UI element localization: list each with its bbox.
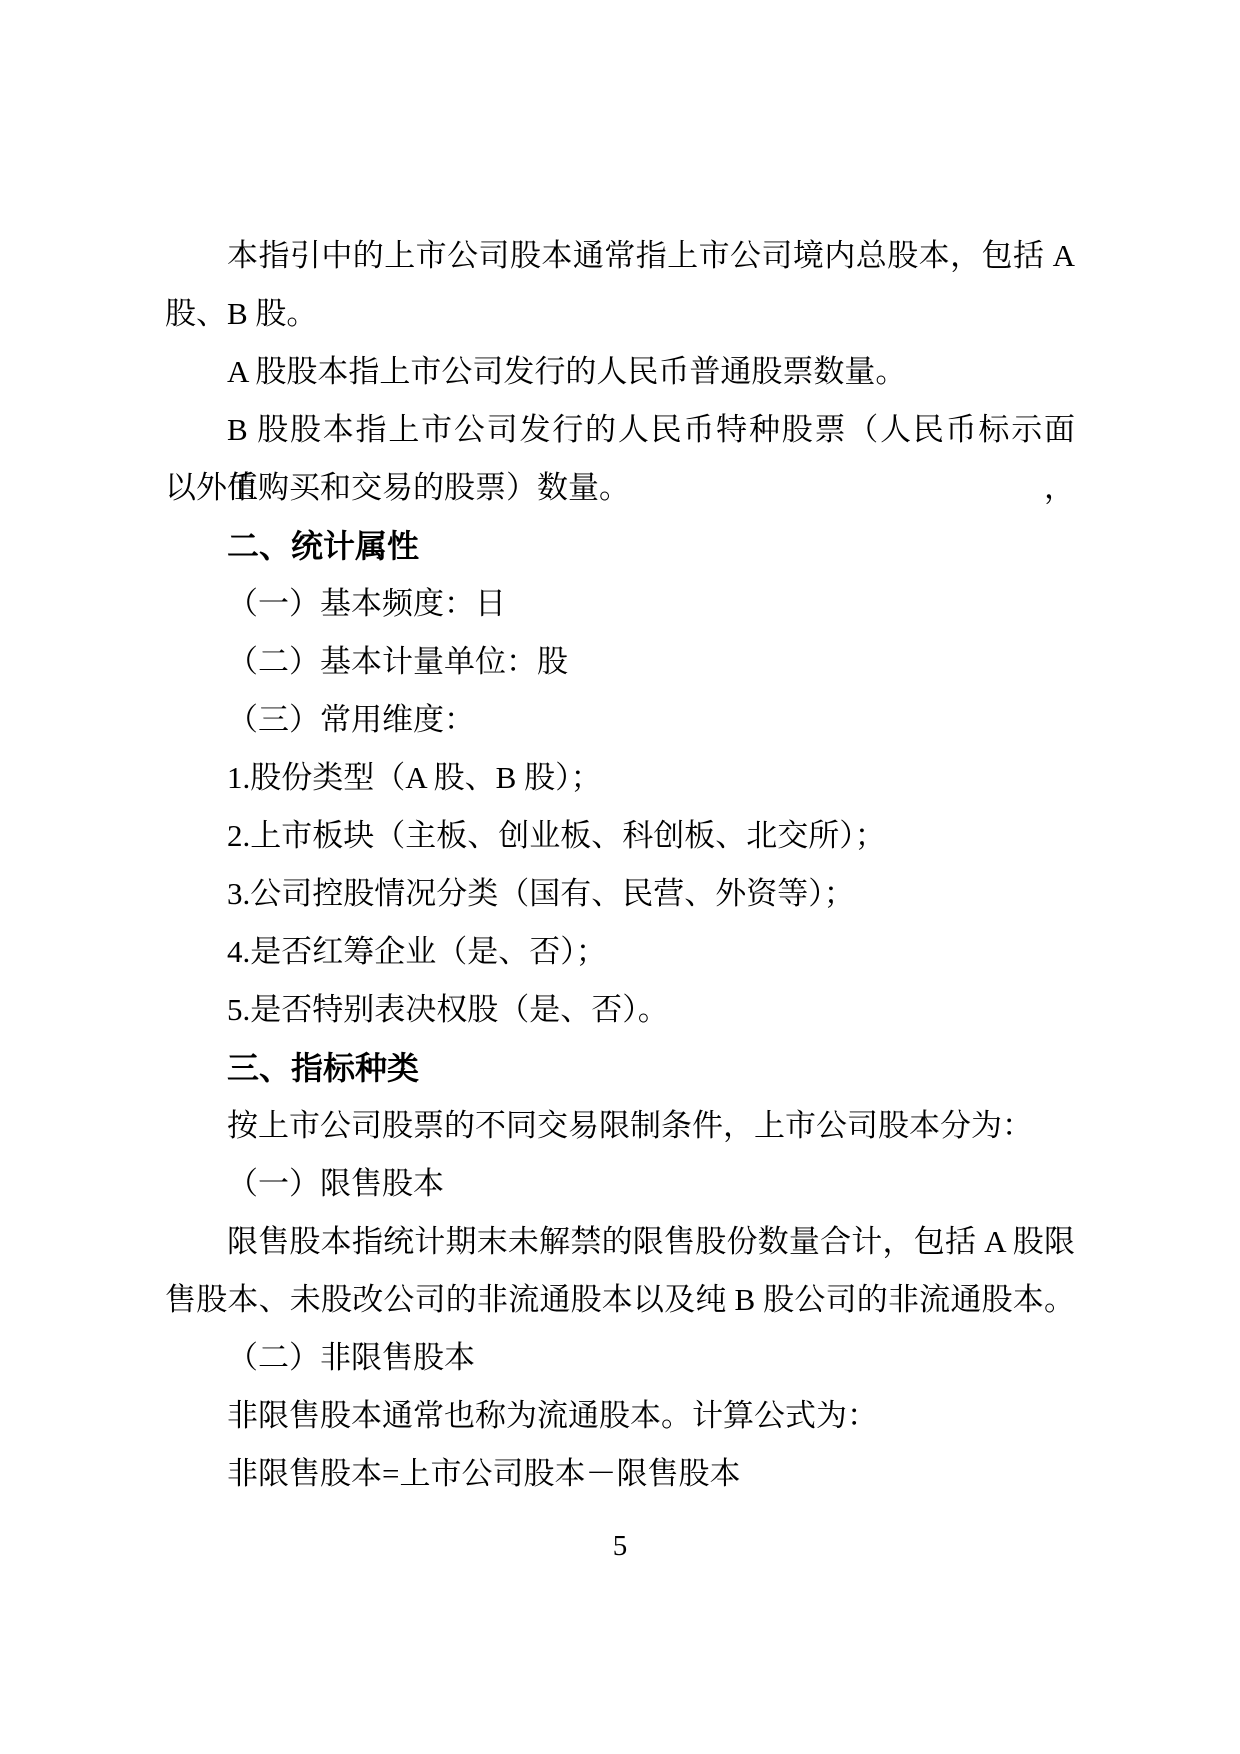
text-line: 非限售股本通常也称为流通股本。计算公式为：	[165, 1387, 1075, 1445]
text-line: A 股股本指上市公司发行的人民币普通股票数量。	[165, 343, 1075, 401]
list-item: 2.上市板块（主板、创业板、科创板、北交所）；	[165, 807, 1075, 865]
text-line: （二）非限售股本	[165, 1329, 1075, 1387]
text-line: 按上市公司股票的不同交易限制条件，上市公司股本分为：	[165, 1097, 1075, 1155]
page-number: 5	[0, 1526, 1240, 1566]
list-item: 1.股份类型（A 股、B 股）；	[165, 749, 1075, 807]
list-item: 4.是否红筹企业（是、否）；	[165, 923, 1075, 981]
text-line: （三）常用维度：	[165, 691, 1075, 749]
section-heading-indicator-types: 三、指标种类	[165, 1039, 1075, 1097]
formula-line: 非限售股本=上市公司股本－限售股本	[165, 1445, 1075, 1503]
text-line: 本指引中的上市公司股本通常指上市公司境内总股本，包括 A	[165, 227, 1075, 285]
text-line: （一）基本频度：日	[165, 575, 1075, 633]
text-line: 股、B 股。	[165, 285, 1075, 343]
document-body: 本指引中的上市公司股本通常指上市公司境内总股本，包括 A 股、B 股。 A 股股…	[165, 227, 1075, 1503]
list-item: 3.公司控股情况分类（国有、民营、外资等）；	[165, 865, 1075, 923]
text-line: （一）限售股本	[165, 1155, 1075, 1213]
document-page: 本指引中的上市公司股本通常指上市公司境内总股本，包括 A 股、B 股。 A 股股…	[0, 0, 1240, 1754]
section-heading-statistical-attributes: 二、统计属性	[165, 517, 1075, 575]
list-item: 5.是否特别表决权股（是、否）。	[165, 981, 1075, 1039]
text-line: B 股股本指上市公司发行的人民币特种股票（人民币标示面值，	[165, 401, 1075, 459]
text-line: （二）基本计量单位：股	[165, 633, 1075, 691]
text-line: 限售股本指统计期末未解禁的限售股份数量合计，包括 A 股限	[165, 1213, 1075, 1271]
text-line: 售股本、未股改公司的非流通股本以及纯 B 股公司的非流通股本。	[165, 1271, 1075, 1329]
